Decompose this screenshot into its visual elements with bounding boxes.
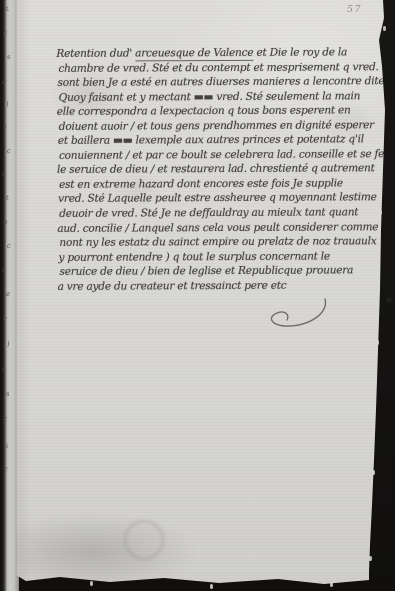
torn-edge-speck [210,584,213,589]
ink-fragment: c [3,416,8,423]
ink-fragment: e [5,291,11,299]
ink-fragment: s [3,124,7,131]
torn-edge-speck [90,581,93,586]
manuscript-line: est en extreme hazard dont encores este … [59,176,379,192]
manuscript-scan: tcse)scrtocsec)tscic 57 Retention dud' a… [0,0,395,591]
torn-edge-speck [372,470,375,475]
manuscript-line: Retention dud' arceuesque de Valence et … [56,45,378,61]
manuscript-line: doiuent auoir / et tous gens prendhommes… [59,118,379,134]
ink-fragment: s [6,391,11,398]
ink-fragment: s [7,54,11,61]
manuscript-line: y pourront entendre ) q tout le surplus … [58,249,379,265]
folio-number: 57 [347,4,362,15]
manuscript-line: sont bien Je a esté en autres diuerses m… [58,74,379,90]
manuscript-line: a vre ayde du createur et tressainct per… [58,278,380,294]
torn-edge-speck [380,120,383,125]
torn-edge-speck [379,210,382,215]
ink-fragment: c [3,316,8,323]
ink-fragment: t [1,366,5,373]
torn-edge-speck [330,582,333,587]
ink-fragment: ) [6,101,10,108]
ink-fragment: ) [7,341,10,348]
ink-fragment: c [6,243,11,251]
ink-fragment: o [2,219,8,227]
manuscript-line: deuoir de vred. Sté Je ne deffauldray au… [59,205,379,221]
manuscript-line: nont ny les estatz du sainct empire ou p… [59,234,379,250]
ink-fragment: i [5,443,8,450]
underlined-heading: arceuesque de Valence [135,47,253,61]
ink-fragment: c [3,30,8,37]
manuscript-text-block: Retention dud' arceuesque de Valence et … [56,45,379,294]
manuscript-line: vred. Sté Laquelle peult estre assheuree… [58,191,379,207]
pen-flourish-icon [259,297,339,333]
manuscript-line: Quoy faisant et y mectant ▬▬ vred. Sté s… [59,89,379,105]
ink-fragment: r [1,171,5,178]
ink-fragment: e [1,79,7,87]
line-text: Retention dud' [56,47,135,59]
torn-edge-speck [383,26,386,31]
manuscript-line: chambre de vred. Sté et du contempt et m… [58,60,378,76]
torn-edge-speck [369,556,372,561]
ink-fragment: s [2,267,6,274]
manuscript-line: et baillera ▬▬ lexemple aux autres princ… [58,132,379,148]
manuscript-page: 57 Retention dud' arceuesque de Valence … [16,0,388,588]
manuscript-line: seruice de dieu / bien de leglise et Rep… [59,263,379,279]
manuscript-line: conuiennent / et par ce boult se celebre… [59,147,379,163]
ink-fragment: t [5,6,9,13]
manuscript-line: le seruice de dieu / et restaurera lad. … [57,162,379,178]
line-text: et Die le roy de la [253,46,347,58]
ink-fragment: c [4,466,9,473]
ink-fragment: c [6,148,11,156]
torn-edge-speck [376,340,379,345]
ink-fragment: t [6,195,9,202]
manuscript-line: elle correspondra a lexpectacion q tous … [57,103,379,119]
